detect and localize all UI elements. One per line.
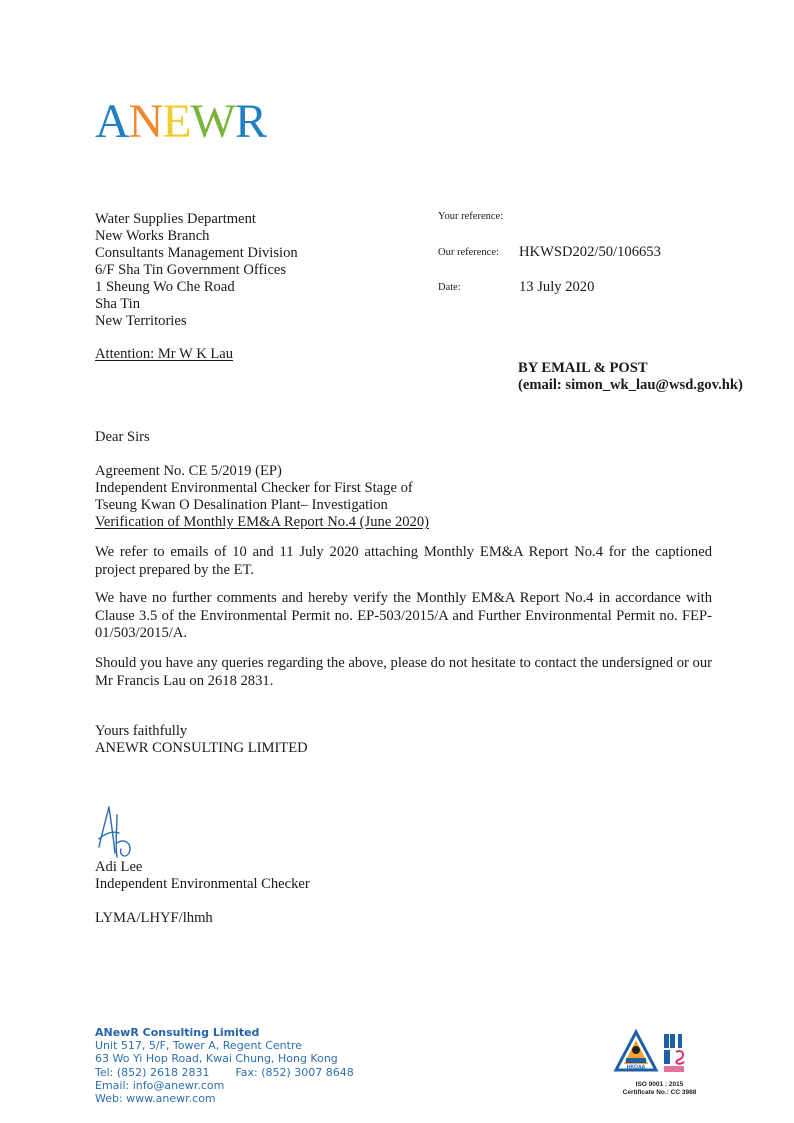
body-paragraph: Should you have any queries regarding th… (95, 655, 712, 690)
address-line: New Territories (95, 313, 298, 330)
salutation: Dear Sirs (95, 429, 150, 446)
subject-line: Independent Environmental Checker for Fi… (95, 480, 429, 497)
reference-initials: LYMA/LHYF/lhmh (95, 910, 213, 927)
signer-title: Independent Environmental Checker (95, 876, 310, 893)
signature (95, 803, 155, 863)
our-reference-label: Our reference: (438, 247, 499, 258)
signer-name: Adi Lee (95, 859, 142, 876)
footer-phone-row: Tel: (852) 2618 2831Fax: (852) 3007 8648 (95, 1066, 354, 1079)
body-paragraph: We have no further comments and hereby v… (95, 590, 712, 643)
subject-line: Agreement No. CE 5/2019 (EP) (95, 463, 429, 480)
footer-tel: Tel: (852) 2618 2831 (95, 1066, 209, 1079)
logo-letter: W (191, 98, 235, 146)
iso-label: ISO 9001 : 2015 (612, 1081, 707, 1089)
footer-address-line: 63 Wo Yi Hop Road, Kwai Chung, Hong Kong (95, 1052, 354, 1065)
logo-letter: N (129, 98, 163, 146)
body-paragraph: We refer to emails of 10 and 11 July 202… (95, 544, 712, 579)
certificate-number: Certificate No.: CC 3988 (612, 1089, 707, 1097)
address-line: Consultants Management Division (95, 245, 298, 262)
footer-address-line: Unit 517, 5/F, Tower A, Regent Centre (95, 1039, 354, 1052)
logo-letter: A (95, 98, 129, 146)
delivery-email: (email: simon_wk_lau@wsd.gov.hk) (518, 377, 743, 394)
footer-contact: ANewR Consulting Limited Unit 517, 5/F, … (95, 1026, 354, 1105)
footer-web[interactable]: Web: www.anewr.com (95, 1092, 354, 1105)
subject-title: Verification of Monthly EM&A Report No.4… (95, 514, 429, 531)
recipient-address: Water Supplies Department New Works Bran… (95, 211, 298, 330)
footer-email[interactable]: Email: info@anewr.com (95, 1079, 354, 1092)
hkqaa-badge-icon: HKQAA (612, 1028, 707, 1076)
footer-fax: Fax: (852) 3007 8648 (235, 1066, 353, 1079)
valediction: Yours faithfully (95, 723, 187, 740)
address-line: Water Supplies Department (95, 211, 298, 228)
company-logo: ANEWR (95, 98, 266, 146)
logo-letter: R (235, 98, 266, 146)
address-line: Sha Tin (95, 296, 298, 313)
subject-line: Tseung Kwan O Desalination Plant– Invest… (95, 497, 429, 514)
our-reference-value: HKWSD202/50/106653 (519, 244, 661, 261)
date-value: 13 July 2020 (519, 279, 594, 296)
attention-line: Attention: Mr W K Lau (95, 346, 233, 363)
delivery-method: BY EMAIL & POST (518, 360, 648, 377)
date-label: Date: (438, 282, 461, 293)
footer-company: ANewR Consulting Limited (95, 1026, 354, 1039)
address-line: 1 Sheung Wo Che Road (95, 279, 298, 296)
your-reference-label: Your reference: (438, 211, 503, 222)
svg-text:HKQAA: HKQAA (627, 1065, 646, 1071)
certification-block: HKQAA ISO 9001 : 2015 Certificate No.: C… (612, 1028, 707, 1097)
closing-company: ANEWR CONSULTING LIMITED (95, 740, 308, 757)
address-line: 6/F Sha Tin Government Offices (95, 262, 298, 279)
logo-letter: E (162, 98, 190, 146)
subject-block: Agreement No. CE 5/2019 (EP) Independent… (95, 463, 429, 531)
address-line: New Works Branch (95, 228, 298, 245)
